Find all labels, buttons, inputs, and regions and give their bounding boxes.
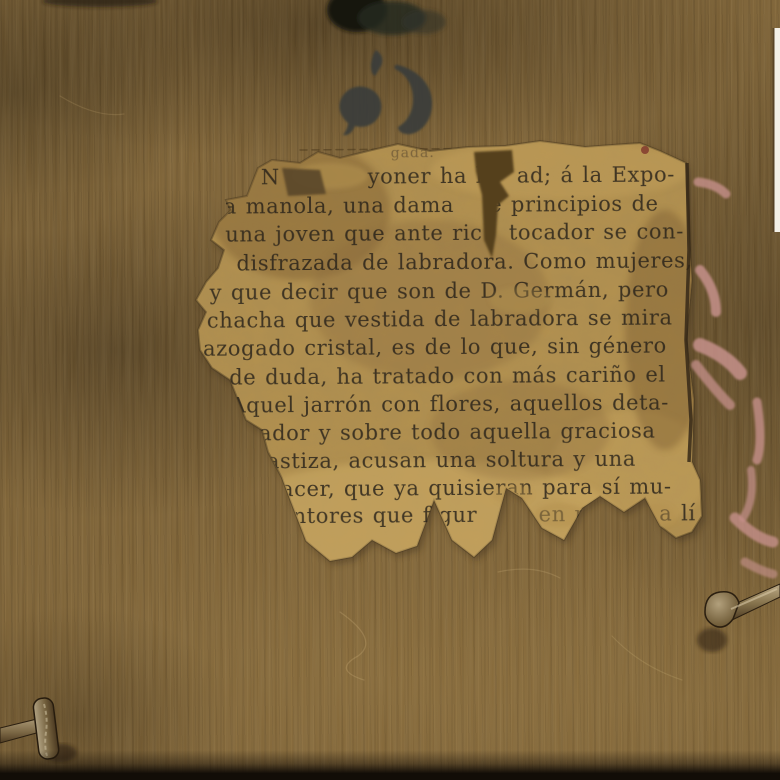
panel-photo: gada. N yoner ha ll ad; á la Expo- tra m… bbox=[0, 0, 780, 780]
clipping-text-line: astiza, acusan una soltura y una bbox=[267, 447, 636, 474]
clipping-text-line: Aquel jarrón con flores, aquellos deta- bbox=[229, 390, 669, 417]
clipping-text-line: disfrazada de labradora. Como mujeres, bbox=[236, 248, 692, 275]
panel-bottom-edge bbox=[0, 750, 780, 780]
clipping-text-line: y que decir que son de D. Germán, pero bbox=[209, 277, 669, 304]
clipping-text-line: cador y sobre todo aquella graciosa bbox=[247, 419, 656, 446]
clipping-text-line: chacha que vestida de labradora se mira bbox=[207, 305, 673, 332]
clipping-text-line: acer, que ya quisieran para sí mu- bbox=[281, 474, 672, 501]
clipping-text-line: tra manola, una dama e principios de bbox=[204, 192, 659, 219]
red-paint-dot bbox=[641, 146, 649, 154]
scene-overlay: gada. N yoner ha ll ad; á la Expo- tra m… bbox=[0, 0, 780, 780]
clipping-text-line: azogado cristal, es de lo que, sin géner… bbox=[203, 333, 667, 360]
clipping-text-line: o de duda, ha tratado con más cariño el bbox=[207, 362, 666, 389]
clipping-text-line: una joven que ante ric tocador se con- bbox=[225, 219, 684, 246]
white-label-edge bbox=[773, 28, 780, 232]
